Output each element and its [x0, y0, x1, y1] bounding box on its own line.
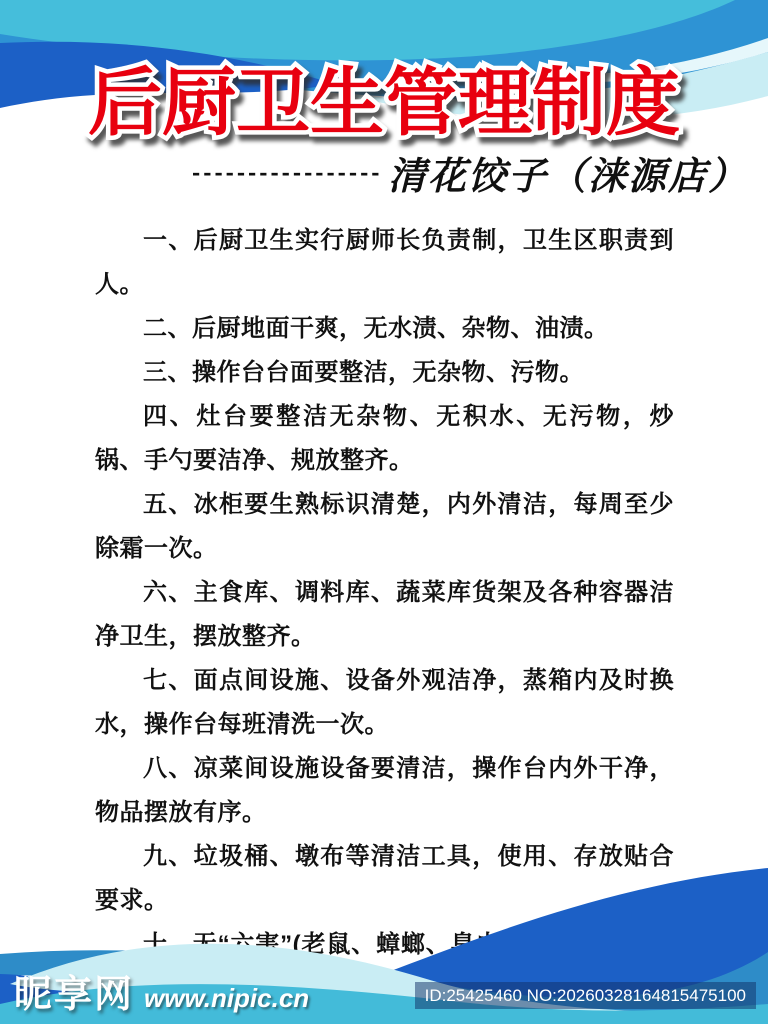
hygiene-poster: 后厨卫生管理制度 ----------------- 清花饺子（涞源店） 一、后…	[0, 0, 768, 1024]
rule-item: 二、后厨地面干爽，无水渍、杂物、油渍。	[95, 307, 674, 351]
id-badge: ID:25425460 NO:20260328164815475100	[415, 982, 756, 1009]
site-url: www.nipic.cn	[144, 983, 309, 1014]
rule-item: 五、冰柜要生熟标识清楚，内外清洁，每周至少除霜一次。	[95, 483, 674, 571]
subtitle-row: ----------------- 清花饺子（涞源店）	[0, 146, 748, 198]
rule-item: 六、主食库、调料库、蔬菜库货架及各种容器洁净卫生，摆放整齐。	[95, 571, 674, 659]
dashed-line: -----------------	[190, 162, 380, 187]
store-name: 清花饺子（涞源店）	[388, 145, 748, 200]
rule-item: 三、操作台台面要整洁，无杂物、污物。	[95, 351, 674, 395]
rule-item: 七、面点间设施、设备外观洁净，蒸箱内及时换水，操作台每班清洗一次。	[95, 659, 674, 747]
page-title: 后厨卫生管理制度	[88, 61, 680, 144]
rule-item: 四、灶台要整洁无杂物、无积水、无污物，炒锅、手勺要洁净、规放整齐。	[95, 395, 674, 483]
poster-title-graphic: 后厨卫生管理制度	[0, 30, 768, 160]
rule-item: 一、后厨卫生实行厨师长负责制，卫生区职责到人。	[95, 219, 674, 307]
rule-item: 八、凉菜间设施设备要清洁，操作台内外干净，物品摆放有序。	[95, 747, 674, 835]
site-watermark: 昵享网 www.nipic.cn	[14, 963, 309, 1018]
site-logo: 昵享网	[14, 963, 134, 1018]
